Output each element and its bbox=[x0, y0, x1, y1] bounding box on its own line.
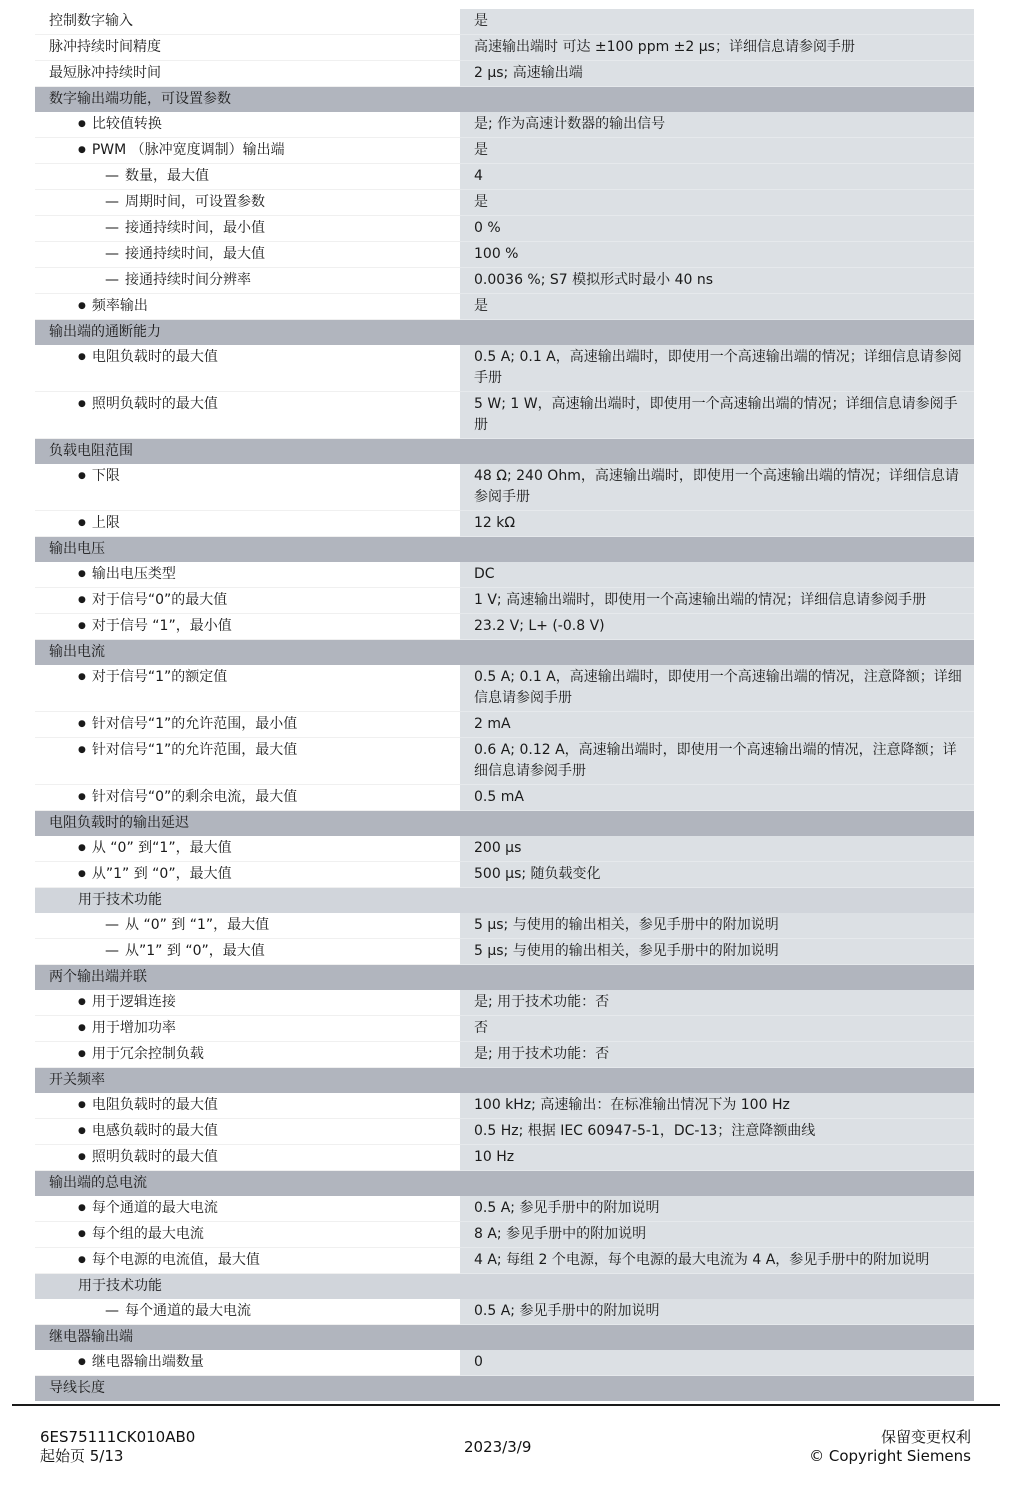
table-row: 脉冲持续时间精度高速输出端时 可达 ±100 ppm ±2 μs；详细信息请参阅… bbox=[35, 35, 974, 61]
row-value: 5 μs; 与使用的输出相关，参见手册中的附加说明 bbox=[460, 939, 974, 965]
footer-divider bbox=[12, 1404, 1000, 1406]
footer-right: 保留变更权利 © Copyright Siemens bbox=[809, 1428, 971, 1466]
section-title: 用于技术功能 bbox=[35, 1274, 460, 1299]
table-row: 最短脉冲持续时间2 μs; 高速输出端 bbox=[35, 61, 974, 87]
row-value: 2 mA bbox=[460, 712, 974, 738]
row-value bbox=[460, 1376, 974, 1401]
row-label: 控制数字输入 bbox=[35, 9, 460, 35]
row-label: PWM （脉冲宽度调制）输出端 bbox=[35, 138, 460, 164]
row-label: 接通持续时间分辨率 bbox=[35, 268, 460, 294]
row-label: 接通持续时间，最小值 bbox=[35, 216, 460, 242]
row-value: 4 A; 每组 2 个电源，每个电源的最大电流为 4 A，参见手册中的附加说明 bbox=[460, 1248, 974, 1274]
row-label: 比较值转换 bbox=[35, 112, 460, 138]
row-label: 周期时间，可设置参数 bbox=[35, 190, 460, 216]
row-value: 48 Ω; 240 Ohm，高速输出端时，即使用一个高速输出端的情况；详细信息请… bbox=[460, 464, 974, 511]
table-row: 针对信号“0”的剩余电流，最大值0.5 mA bbox=[35, 785, 974, 811]
row-value bbox=[460, 1171, 974, 1196]
row-value: 是; 用于技术功能：否 bbox=[460, 1042, 974, 1068]
table-row: 照明负载时的最大值10 Hz bbox=[35, 1145, 974, 1171]
table-row: 输出电压类型DC bbox=[35, 562, 974, 588]
section-header: 电阻负载时的输出延迟 bbox=[35, 811, 974, 836]
footer-date: 2023/3/9 bbox=[464, 1438, 531, 1457]
table-row: 用于冗余控制负载是; 用于技术功能：否 bbox=[35, 1042, 974, 1068]
row-label: 上限 bbox=[35, 511, 460, 537]
row-value: 500 μs; 随负载变化 bbox=[460, 862, 974, 888]
row-value bbox=[460, 320, 974, 345]
section-header: 输出端的通断能力 bbox=[35, 320, 974, 345]
table-row: 每个通道的最大电流0.5 A; 参见手册中的附加说明 bbox=[35, 1299, 974, 1325]
row-label: 电感负载时的最大值 bbox=[35, 1119, 460, 1145]
table-row: 从”1” 到 “0”，最大值500 μs; 随负载变化 bbox=[35, 862, 974, 888]
section-header: 输出电流 bbox=[35, 640, 974, 665]
table-row: 控制数字输入是 bbox=[35, 9, 974, 35]
row-value bbox=[460, 888, 974, 913]
row-value bbox=[460, 965, 974, 990]
row-value bbox=[460, 439, 974, 464]
table-row: 周期时间，可设置参数是 bbox=[35, 190, 974, 216]
row-value: 8 A; 参见手册中的附加说明 bbox=[460, 1222, 974, 1248]
table-row: 针对信号“1”的允许范围，最大值0.6 A; 0.12 A，高速输出端时，即使用… bbox=[35, 738, 974, 785]
section-title: 开关频率 bbox=[35, 1068, 460, 1093]
section-title: 电阻负载时的输出延迟 bbox=[35, 811, 460, 836]
section-header: 两个输出端并联 bbox=[35, 965, 974, 990]
row-value bbox=[460, 1274, 974, 1299]
table-row: 用于逻辑连接是; 用于技术功能：否 bbox=[35, 990, 974, 1016]
table-row: 上限12 kΩ bbox=[35, 511, 974, 537]
row-label: 照明负载时的最大值 bbox=[35, 1145, 460, 1171]
section-title: 数字输出端功能，可设置参数 bbox=[35, 87, 460, 112]
row-label: 电阻负载时的最大值 bbox=[35, 1093, 460, 1119]
row-label: 从”1” 到 “0”，最大值 bbox=[35, 862, 460, 888]
section-title: 两个输出端并联 bbox=[35, 965, 460, 990]
order-number: 6ES75111CK010AB0 bbox=[40, 1428, 195, 1447]
row-value: 高速输出端时 可达 ±100 ppm ±2 μs；详细信息请参阅手册 bbox=[460, 35, 974, 61]
table-row: 从 “0” 到“1”，最大值200 μs bbox=[35, 836, 974, 862]
row-value: 5 μs; 与使用的输出相关，参见手册中的附加说明 bbox=[460, 913, 974, 939]
row-label: 频率输出 bbox=[35, 294, 460, 320]
row-value: 0.5 A; 参见手册中的附加说明 bbox=[460, 1196, 974, 1222]
table-row: 从”1” 到 “0”，最大值5 μs; 与使用的输出相关，参见手册中的附加说明 bbox=[35, 939, 974, 965]
table-row: 针对信号“1”的允许范围，最小值2 mA bbox=[35, 712, 974, 738]
row-label: 每个组的最大电流 bbox=[35, 1222, 460, 1248]
row-label: 从 “0” 到“1”，最大值 bbox=[35, 836, 460, 862]
row-value: 12 kΩ bbox=[460, 511, 974, 537]
table-row: 数量，最大值4 bbox=[35, 164, 974, 190]
row-label: 针对信号“0”的剩余电流，最大值 bbox=[35, 785, 460, 811]
table-row: 接通持续时间分辨率0.0036 %; S7 模拟形式时最小 40 ns bbox=[35, 268, 974, 294]
row-label: 用于增加功率 bbox=[35, 1016, 460, 1042]
section-title: 输出端的总电流 bbox=[35, 1171, 460, 1196]
row-label: 最短脉冲持续时间 bbox=[35, 61, 460, 87]
section-header: 继电器输出端 bbox=[35, 1325, 974, 1350]
row-value: 100 kHz; 高速输出：在标准输出情况下为 100 Hz bbox=[460, 1093, 974, 1119]
table-row: 接通持续时间，最小值0 % bbox=[35, 216, 974, 242]
section-header: 负载电阻范围 bbox=[35, 439, 974, 464]
table-row: 对于信号“1”的额定值0.5 A; 0.1 A，高速输出端时，即使用一个高速输出… bbox=[35, 665, 974, 712]
row-label: 数量，最大值 bbox=[35, 164, 460, 190]
row-value: 是; 用于技术功能：否 bbox=[460, 990, 974, 1016]
row-value: 10 Hz bbox=[460, 1145, 974, 1171]
table-row: 继电器输出端数量0 bbox=[35, 1350, 974, 1376]
row-value: 100 % bbox=[460, 242, 974, 268]
section-header: 开关频率 bbox=[35, 1068, 974, 1093]
row-value: 0 % bbox=[460, 216, 974, 242]
table-row: 下限48 Ω; 240 Ohm，高速输出端时，即使用一个高速输出端的情况；详细信… bbox=[35, 464, 974, 511]
section-header: 输出电压 bbox=[35, 537, 974, 562]
row-value: 0.5 A; 参见手册中的附加说明 bbox=[460, 1299, 974, 1325]
section-title: 输出电流 bbox=[35, 640, 460, 665]
row-label: 用于冗余控制负载 bbox=[35, 1042, 460, 1068]
row-value: 是 bbox=[460, 294, 974, 320]
table-row: 比较值转换是; 作为高速计数器的输出信号 bbox=[35, 112, 974, 138]
row-label: 每个通道的最大电流 bbox=[35, 1196, 460, 1222]
row-label: 电阻负载时的最大值 bbox=[35, 345, 460, 392]
section-title: 继电器输出端 bbox=[35, 1325, 460, 1350]
table-row: 从 “0” 到 “1”，最大值5 μs; 与使用的输出相关，参见手册中的附加说明 bbox=[35, 913, 974, 939]
table-row: 接通持续时间，最大值100 % bbox=[35, 242, 974, 268]
table-row: 每个通道的最大电流0.5 A; 参见手册中的附加说明 bbox=[35, 1196, 974, 1222]
row-value: 0 bbox=[460, 1350, 974, 1376]
row-label: 继电器输出端数量 bbox=[35, 1350, 460, 1376]
row-value: 1 V; 高速输出端时，即使用一个高速输出端的情况；详细信息请参阅手册 bbox=[460, 588, 974, 614]
row-label: 每个通道的最大电流 bbox=[35, 1299, 460, 1325]
row-label: 对于信号 “1”，最小值 bbox=[35, 614, 460, 640]
section-header: 输出端的总电流 bbox=[35, 1171, 974, 1196]
table-row: 电阻负载时的最大值100 kHz; 高速输出：在标准输出情况下为 100 Hz bbox=[35, 1093, 974, 1119]
row-value: 是 bbox=[460, 190, 974, 216]
section-title: 负载电阻范围 bbox=[35, 439, 460, 464]
section-header: 数字输出端功能，可设置参数 bbox=[35, 87, 974, 112]
row-value bbox=[460, 811, 974, 836]
row-value bbox=[460, 640, 974, 665]
row-value: 是; 作为高速计数器的输出信号 bbox=[460, 112, 974, 138]
row-value bbox=[460, 87, 974, 112]
row-label: 照明负载时的最大值 bbox=[35, 392, 460, 439]
row-value bbox=[460, 1068, 974, 1093]
row-value: 是 bbox=[460, 9, 974, 35]
row-value bbox=[460, 1325, 974, 1350]
spec-table: 控制数字输入是脉冲持续时间精度高速输出端时 可达 ±100 ppm ±2 μs；… bbox=[35, 9, 974, 1401]
row-value: 0.5 A; 0.1 A，高速输出端时，即使用一个高速输出端的情况，注意降额；详… bbox=[460, 665, 974, 712]
row-value: 4 bbox=[460, 164, 974, 190]
row-value: 5 W; 1 W，高速输出端时，即使用一个高速输出端的情况；详细信息请参阅手册 bbox=[460, 392, 974, 439]
row-value: 0.5 A; 0.1 A，高速输出端时，即使用一个高速输出端的情况；详细信息请参… bbox=[460, 345, 974, 392]
row-label: 对于信号“0”的最大值 bbox=[35, 588, 460, 614]
subsection-header: 用于技术功能 bbox=[35, 888, 974, 913]
section-header: 导线长度 bbox=[35, 1376, 974, 1401]
row-value: 200 μs bbox=[460, 836, 974, 862]
section-title: 导线长度 bbox=[35, 1376, 460, 1401]
row-label: 从”1” 到 “0”，最大值 bbox=[35, 939, 460, 965]
table-row: 每个组的最大电流8 A; 参见手册中的附加说明 bbox=[35, 1222, 974, 1248]
row-value: 0.5 mA bbox=[460, 785, 974, 811]
row-value: 2 μs; 高速输出端 bbox=[460, 61, 974, 87]
section-title: 输出电压 bbox=[35, 537, 460, 562]
row-label: 接通持续时间，最大值 bbox=[35, 242, 460, 268]
table-row: 对于信号 “1”，最小值23.2 V; L+ (-0.8 V) bbox=[35, 614, 974, 640]
row-value: 否 bbox=[460, 1016, 974, 1042]
table-row: 照明负载时的最大值5 W; 1 W，高速输出端时，即使用一个高速输出端的情况；详… bbox=[35, 392, 974, 439]
section-title: 用于技术功能 bbox=[35, 888, 460, 913]
table-row: 对于信号“0”的最大值1 V; 高速输出端时，即使用一个高速输出端的情况；详细信… bbox=[35, 588, 974, 614]
row-label: 从 “0” 到 “1”，最大值 bbox=[35, 913, 460, 939]
page-number: 起始页 5/13 bbox=[40, 1447, 195, 1466]
row-label: 每个电源的电流值，最大值 bbox=[35, 1248, 460, 1274]
row-label: 针对信号“1”的允许范围，最大值 bbox=[35, 738, 460, 785]
footer-left: 6ES75111CK010AB0 起始页 5/13 bbox=[40, 1428, 195, 1466]
table-row: 每个电源的电流值，最大值4 A; 每组 2 个电源，每个电源的最大电流为 4 A… bbox=[35, 1248, 974, 1274]
row-value: DC bbox=[460, 562, 974, 588]
row-value bbox=[460, 537, 974, 562]
section-title: 输出端的通断能力 bbox=[35, 320, 460, 345]
table-row: 电感负载时的最大值0.5 Hz; 根据 IEC 60947-5-1，DC-13；… bbox=[35, 1119, 974, 1145]
row-label: 针对信号“1”的允许范围，最小值 bbox=[35, 712, 460, 738]
row-label: 用于逻辑连接 bbox=[35, 990, 460, 1016]
rights-notice: 保留变更权利 bbox=[809, 1428, 971, 1447]
subsection-header: 用于技术功能 bbox=[35, 1274, 974, 1299]
copyright: © Copyright Siemens bbox=[809, 1447, 971, 1466]
table-row: 电阻负载时的最大值0.5 A; 0.1 A，高速输出端时，即使用一个高速输出端的… bbox=[35, 345, 974, 392]
row-label: 对于信号“1”的额定值 bbox=[35, 665, 460, 712]
table-row: PWM （脉冲宽度调制）输出端是 bbox=[35, 138, 974, 164]
row-label: 脉冲持续时间精度 bbox=[35, 35, 460, 61]
row-value: 是 bbox=[460, 138, 974, 164]
row-value: 0.6 A; 0.12 A，高速输出端时，即使用一个高速输出端的情况，注意降额；… bbox=[460, 738, 974, 785]
table-row: 频率输出是 bbox=[35, 294, 974, 320]
row-label: 输出电压类型 bbox=[35, 562, 460, 588]
row-value: 0.5 Hz; 根据 IEC 60947-5-1，DC-13；注意降额曲线 bbox=[460, 1119, 974, 1145]
table-row: 用于增加功率否 bbox=[35, 1016, 974, 1042]
row-value: 23.2 V; L+ (-0.8 V) bbox=[460, 614, 974, 640]
row-label: 下限 bbox=[35, 464, 460, 511]
row-value: 0.0036 %; S7 模拟形式时最小 40 ns bbox=[460, 268, 974, 294]
